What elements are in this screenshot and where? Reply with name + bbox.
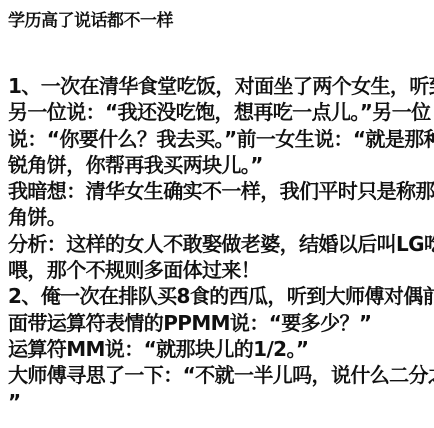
text-line: 另一位说：“我还没吃饱，想再吃一点儿。”另一位 [8, 99, 428, 125]
text-line: 运算符MM说：“就那块儿的1/2。” [8, 336, 428, 362]
article-body: 1、一次在清华食堂吃饭，对面坐了两个女生，听到一位对 另一位说：“我还没吃饱，想… [8, 73, 428, 415]
article-title: 学历高了说话都不一样 [8, 6, 173, 31]
text-line: 2、俺一次在排队买8食的西瓜，听到大师傅对偶前面的、 [8, 283, 428, 309]
text-line: 角饼。 [8, 204, 428, 230]
text-line: 说：“你要什么？我去买。”前一女生说：“就是那种扇形 [8, 126, 428, 152]
text-line: 面带运算符表情的PPMM说：“要多少？” [8, 310, 428, 336]
text-line: 1、一次在清华食堂吃饭，对面坐了两个女生，听到一位对 [8, 73, 428, 99]
text-line: ” [8, 389, 428, 415]
text-line: 锐角饼，你帮再我买两块儿。” [8, 152, 428, 178]
text-line: 大师傅寻思了一下：“不就一半儿吗，说什么二分之一。 [8, 362, 428, 388]
text-line: 喂，那个不规则多面体过来！ [8, 257, 428, 283]
text-line: 我暗想：清华女生确实不一样，我们平时只是称那种饼为三 [8, 178, 428, 204]
text-line: 分析：这样的女人不敢娶做老婆，结婚以后叫LG吃饭： [8, 231, 428, 257]
